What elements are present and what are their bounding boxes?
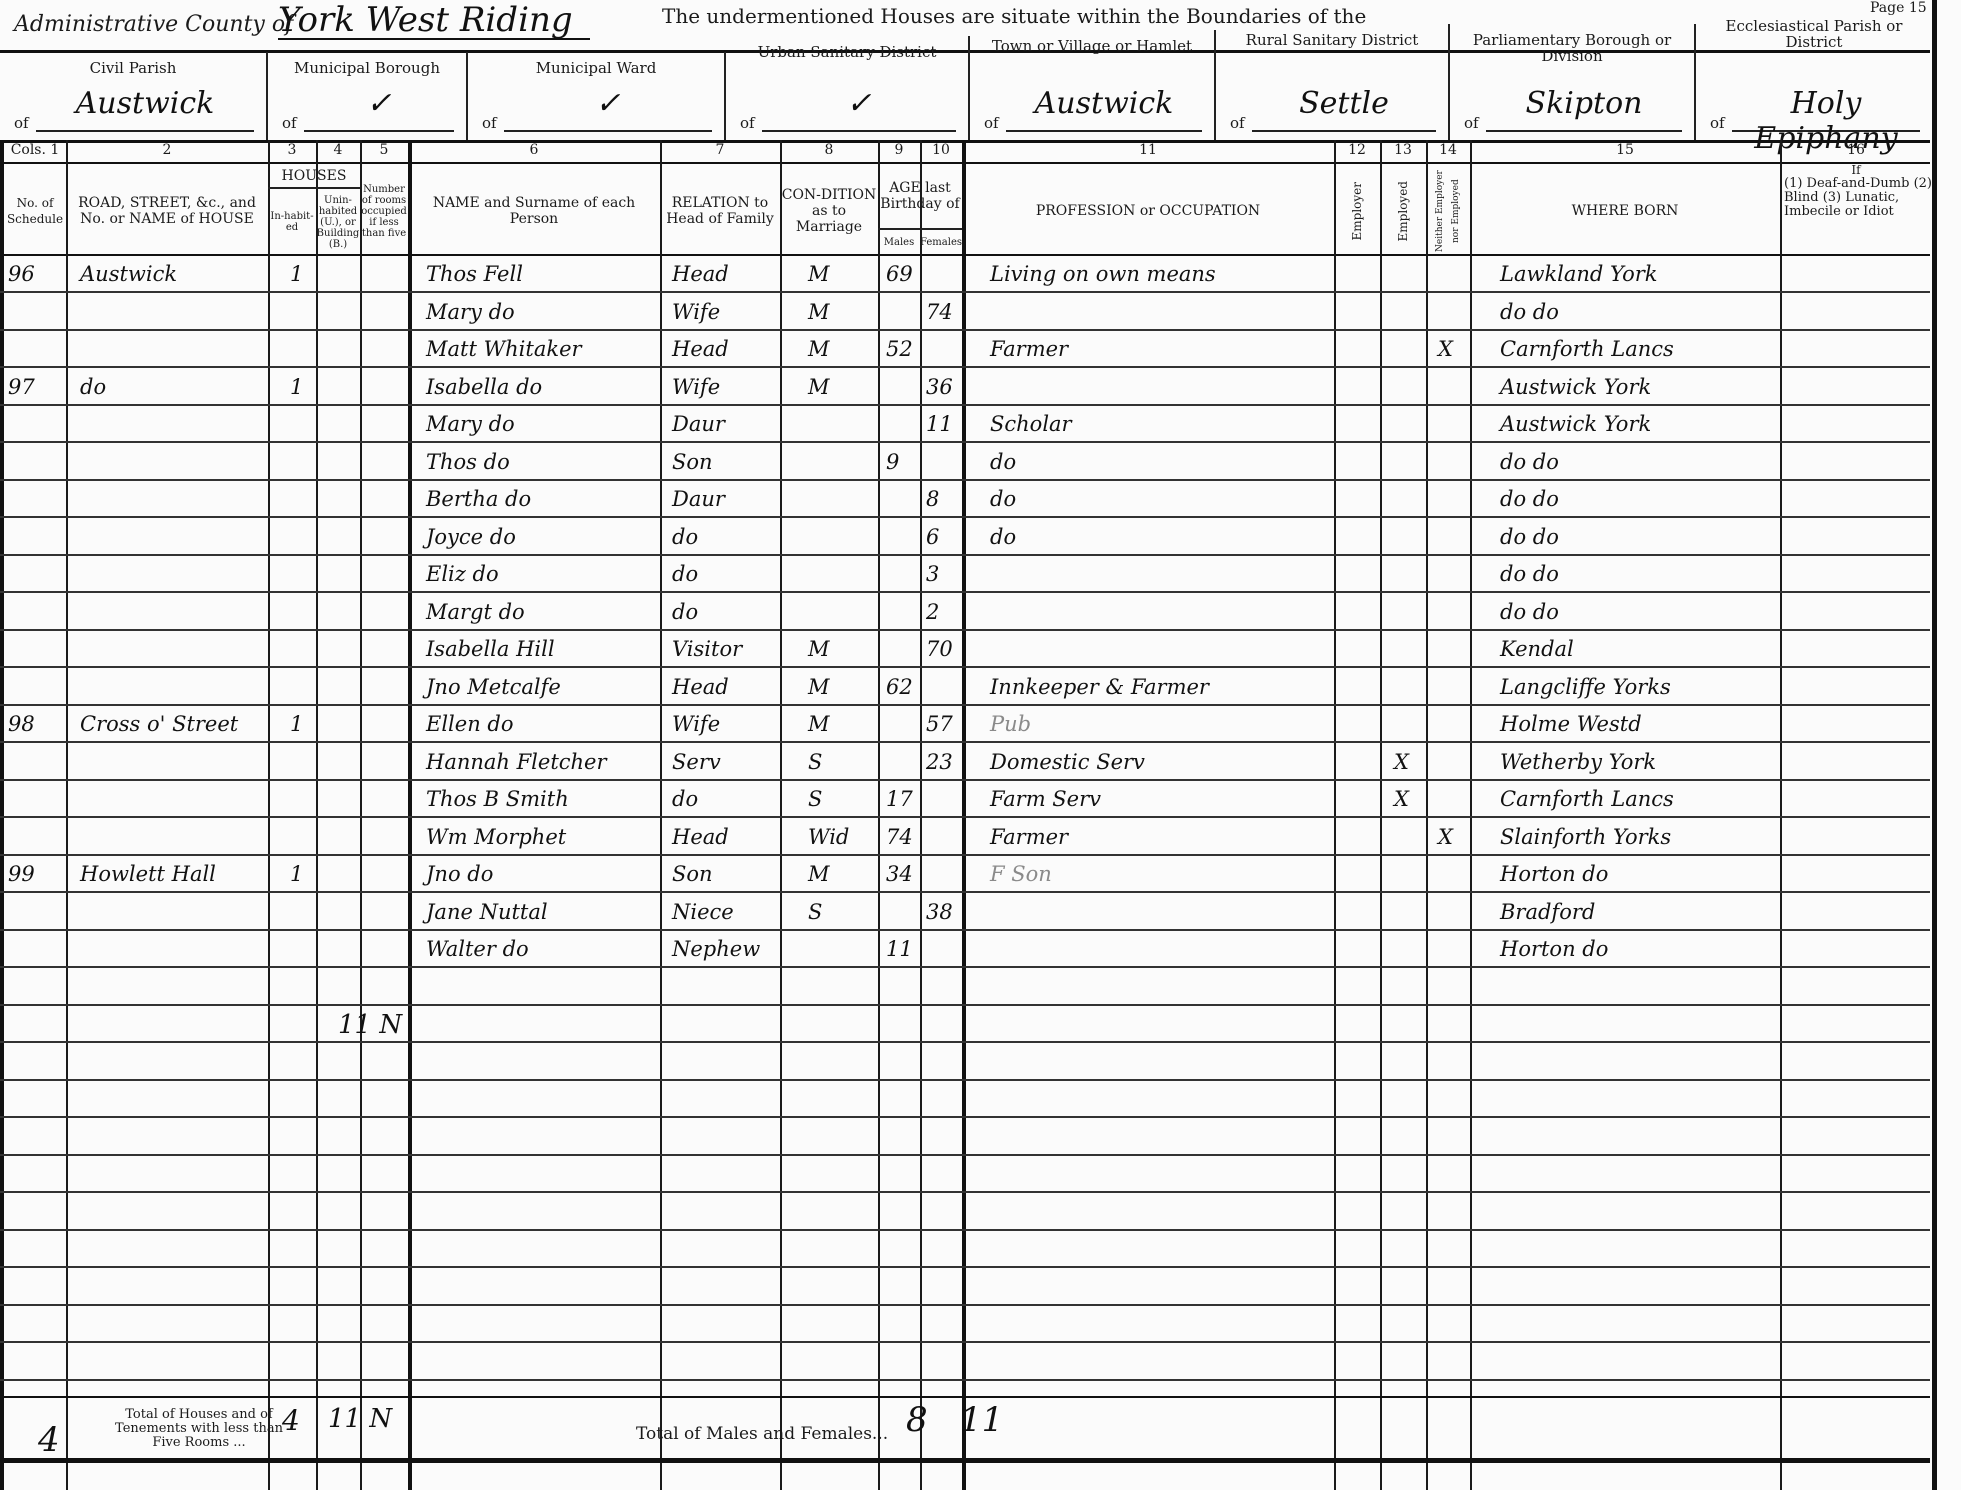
birthplace: do do	[1500, 519, 1559, 556]
houses-total-label: Total of Houses and of Tenements with le…	[110, 1408, 288, 1450]
marital-condition: M	[808, 331, 830, 368]
person-name: Jno Metcalfe	[426, 669, 561, 706]
boundary-municipal-borough: Municipal Borough of ✓	[268, 52, 468, 140]
occupation: F Son	[990, 856, 1052, 893]
relation: Wife	[672, 369, 720, 406]
table-row: Hannah FletcherServS23Domestic ServXWeth…	[0, 744, 1930, 781]
relation: do	[672, 556, 698, 593]
female-age: 70	[926, 631, 953, 668]
birthplace: Slainforth Yorks	[1500, 819, 1671, 856]
table-row	[0, 1156, 1930, 1193]
of-label: of	[1710, 114, 1725, 132]
boundary-value: ✓	[762, 86, 956, 132]
table-row: 97do1Isabella doWifeM36Austwick York	[0, 369, 1930, 406]
marital-condition: M	[808, 631, 830, 668]
birthplace: Horton do	[1500, 931, 1608, 968]
col-number: 12	[1334, 142, 1380, 162]
of-label: of	[14, 114, 29, 132]
header-condition: CON-DITION as to Marriage	[780, 165, 878, 257]
col-number: 2	[66, 142, 268, 162]
boundary-value: ✓	[504, 86, 712, 132]
relation: do	[672, 519, 698, 556]
neither-mark: X	[1438, 331, 1453, 368]
relation: Visitor	[672, 631, 742, 668]
boundary-ecclesiastical: Ecclesiastical Parish or District of Hol…	[1696, 10, 1932, 140]
birthplace: Holme Westd	[1500, 706, 1642, 743]
relation: do	[672, 781, 698, 818]
person-name: Eliz do	[426, 556, 499, 593]
header-inhabited: In-habit-ed	[268, 190, 316, 254]
col-number: 4	[316, 142, 360, 162]
boundary-rural-sanitary: Rural Sanitary District of Settle	[1216, 24, 1450, 140]
birthplace: Langcliffe Yorks	[1500, 669, 1671, 706]
inhabited-mark: 1	[290, 706, 303, 743]
inhabited-mark: 1	[290, 256, 303, 293]
relation: Nephew	[672, 931, 760, 968]
marital-condition: M	[808, 294, 830, 331]
road-name: Austwick	[80, 256, 177, 293]
schedule-number: 98	[8, 706, 35, 743]
person-name: Hannah Fletcher	[426, 744, 607, 781]
relation: Daur	[672, 406, 725, 443]
female-age: 23	[926, 744, 953, 781]
boundary-label: Municipal Ward	[468, 60, 724, 76]
relation: Niece	[672, 894, 734, 931]
person-name: Matt Whitaker	[426, 331, 582, 368]
birthplace: Kendal	[1500, 631, 1574, 668]
table-row	[0, 1044, 1930, 1081]
header-occupation: PROFESSION or OCCUPATION	[962, 165, 1334, 257]
header-age: AGE last Birthday of	[878, 165, 962, 227]
table-row: Margt dodo2do do	[0, 594, 1930, 631]
header-uninhabited: Unin-habited (U.), or Building (B.)	[316, 190, 360, 254]
birthplace: do do	[1500, 481, 1559, 518]
of-label: of	[984, 114, 999, 132]
occupation: Pub	[990, 706, 1031, 743]
male-age: 11	[886, 931, 913, 968]
col-number: 11	[962, 142, 1334, 162]
col-number: 10	[920, 142, 962, 162]
table-row	[0, 1006, 1930, 1043]
schedule-number: 96	[8, 256, 35, 293]
occupation: Living on own means	[990, 256, 1216, 293]
boundary-label: Parliamentary Borough or Division	[1450, 32, 1694, 64]
boundary-label: Civil Parish	[0, 60, 266, 76]
boundary-label: Urban Sanitary District	[726, 44, 968, 60]
boundary-parliamentary: Parliamentary Borough or Division of Ski…	[1450, 24, 1696, 140]
marital-condition: Wid	[808, 819, 849, 856]
of-label: of	[282, 114, 297, 132]
boundary-civil-parish: Civil Parish of Austwick	[0, 52, 268, 140]
person-name: Thos B Smith	[426, 781, 569, 818]
marital-condition: M	[808, 706, 830, 743]
boundary-value: Austwick	[1006, 86, 1202, 132]
of-label: of	[1230, 114, 1245, 132]
occupation: Innkeeper & Farmer	[990, 669, 1209, 706]
boundary-value: Holy Epiphany	[1732, 86, 1920, 132]
female-age: 3	[926, 556, 939, 593]
table-row	[0, 1194, 1930, 1231]
table-row: Bertha doDaur8dodo do	[0, 481, 1930, 518]
marital-condition: M	[808, 669, 830, 706]
table-row	[0, 969, 1930, 1006]
birthplace: Bradford	[1500, 894, 1595, 931]
col-number: 8	[780, 142, 878, 162]
table-row: Mary doWifeM74do do	[0, 294, 1930, 331]
table-row: Eliz dodo3do do	[0, 556, 1930, 593]
header-relation: RELATION to Head of Family	[660, 165, 780, 257]
col-number: 7	[660, 142, 780, 162]
col-number: 3	[268, 142, 316, 162]
table-row: Joyce dodo6dodo do	[0, 519, 1930, 556]
marital-condition: M	[808, 256, 830, 293]
census-header: Administrative County of York West Ridin…	[0, 0, 1961, 140]
road-name: Cross o' Street	[80, 706, 238, 743]
boundary-label: Ecclesiastical Parish or District	[1696, 18, 1932, 50]
marital-condition: M	[808, 369, 830, 406]
table-row: 96Austwick1Thos FellHeadM69Living on own…	[0, 256, 1930, 293]
header-employed: Employed	[1380, 165, 1426, 257]
person-name: Margt do	[426, 594, 525, 631]
person-name: Bertha do	[426, 481, 531, 518]
col-number: 6	[408, 142, 660, 162]
table-row: Isabella HillVisitorM70Kendal	[0, 631, 1930, 668]
inhabited-mark: 1	[290, 856, 303, 893]
boundary-value: Skipton	[1486, 86, 1682, 132]
occupation: do	[990, 481, 1016, 518]
relation: Son	[672, 856, 713, 893]
relation: Wife	[672, 706, 720, 743]
relation: Son	[672, 444, 713, 481]
marital-condition: S	[808, 744, 822, 781]
birthplace: Carnforth Lancs	[1500, 781, 1674, 818]
houses-inhabited-total: 4	[282, 1404, 300, 1437]
boundary-urban-sanitary: Urban Sanitary District of ✓	[726, 36, 970, 140]
neither-label: Neither Employer nor Employed	[1432, 165, 1464, 257]
occupation: do	[990, 444, 1016, 481]
relation: Head	[672, 256, 729, 293]
female-age: 8	[926, 481, 939, 518]
table-row: Thos B SmithdoS17Farm ServXCarnforth Lan…	[0, 781, 1930, 818]
employed-mark: X	[1394, 781, 1409, 818]
marital-condition: S	[808, 894, 822, 931]
col-number: 5	[360, 142, 408, 162]
boundary-value: Settle	[1252, 86, 1436, 132]
admin-county-label: Administrative County of	[14, 12, 293, 37]
birthplace: Austwick York	[1500, 369, 1651, 406]
relation: do	[672, 594, 698, 631]
relation: Daur	[672, 481, 725, 518]
males-total: 8	[906, 1400, 928, 1440]
table-row: Wm MorphetHeadWid74FarmerXSlainforth Yor…	[0, 819, 1930, 856]
boundary-label: Town or Village or Hamlet	[970, 38, 1214, 54]
male-age: 17	[886, 781, 913, 818]
boundary-value: Austwick	[36, 86, 254, 132]
birthplace: do do	[1500, 594, 1559, 631]
boundary-village: Town or Village or Hamlet of Austwick	[970, 30, 1216, 140]
right-border	[1932, 0, 1937, 1490]
boundary-municipal-ward: Municipal Ward of ✓	[468, 52, 726, 140]
schedule-number: 99	[8, 856, 35, 893]
occupation: Farmer	[990, 331, 1068, 368]
female-age: 6	[926, 519, 939, 556]
tally-marks: 11 N	[338, 1010, 402, 1040]
male-age: 69	[886, 256, 913, 293]
of-label: of	[482, 114, 497, 132]
person-name: Joyce do	[426, 519, 516, 556]
table-row	[0, 1231, 1930, 1268]
female-age: 36	[926, 369, 953, 406]
male-age: 34	[886, 856, 913, 893]
table-row: Jane NuttalNieceS38Bradford	[0, 894, 1930, 931]
birthplace: Lawkland York	[1500, 256, 1658, 293]
male-age: 62	[886, 669, 913, 706]
employer-label: Employer	[1349, 182, 1365, 241]
boundary-label: Rural Sanitary District	[1216, 32, 1448, 48]
relation: Wife	[672, 294, 720, 331]
table-row: Thos doSon9dodo do	[0, 444, 1930, 481]
females-total: 11	[960, 1400, 1003, 1440]
admin-county-value: York West Riding	[278, 0, 590, 40]
marital-condition: S	[808, 781, 822, 818]
male-age: 52	[886, 331, 913, 368]
person-name: Thos Fell	[426, 256, 523, 293]
male-age: 74	[886, 819, 913, 856]
col-number: 14	[1426, 142, 1470, 162]
col-number: 16	[1780, 142, 1932, 162]
birthplace: Austwick York	[1500, 406, 1651, 443]
employed-label: Employed	[1395, 181, 1411, 241]
birthplace: Wetherby York	[1500, 744, 1656, 781]
header-houses: HOUSES	[268, 165, 360, 189]
table-row: Matt WhitakerHeadM52FarmerXCarnforth Lan…	[0, 331, 1930, 368]
table-row: 99Howlett Hall1Jno doSonM34F SonHorton d…	[0, 856, 1930, 893]
birthplace: do do	[1500, 556, 1559, 593]
header-females: Females	[920, 228, 962, 254]
header-employer: Employer	[1334, 165, 1380, 257]
relation: Head	[672, 669, 729, 706]
occupation: Scholar	[990, 406, 1072, 443]
occupation: Domestic Serv	[990, 744, 1145, 781]
neither-mark: X	[1438, 819, 1453, 856]
header-infirmity: (1) Deaf-and-Dumb (2) Blind (3) Lunatic,…	[1784, 178, 1932, 218]
person-name: Mary do	[426, 406, 515, 443]
person-name: Thos do	[426, 444, 510, 481]
header-schedule: No. of Schedule	[4, 165, 66, 257]
marital-condition: M	[808, 856, 830, 893]
relation: Head	[672, 819, 729, 856]
table-row	[0, 1119, 1930, 1156]
census-page: Administrative County of York West Ridin…	[0, 0, 1961, 1490]
footer-bottom-rule	[0, 1458, 1930, 1463]
person-name: Walter do	[426, 931, 529, 968]
person-name: Isabella Hill	[426, 631, 555, 668]
occupation: Farmer	[990, 819, 1068, 856]
footer-top-rule	[0, 1396, 1930, 1398]
col-number: Cols. 1	[4, 142, 66, 162]
census-footer: 4 Total of Houses and of Tenements with …	[0, 1380, 1930, 1490]
female-age: 2	[926, 594, 939, 631]
occupation: Farm Serv	[990, 781, 1101, 818]
relation: Serv	[672, 744, 721, 781]
female-age: 11	[926, 406, 953, 443]
relation: Head	[672, 331, 729, 368]
person-name: Mary do	[426, 294, 515, 331]
female-age: 57	[926, 706, 953, 743]
table-row: Walter doNephew11Horton do	[0, 931, 1930, 968]
col-number: 9	[878, 142, 920, 162]
road-name: do	[80, 369, 106, 406]
table-row: 98Cross o' Street1Ellen doWifeM57PubHolm…	[0, 706, 1930, 743]
male-age: 9	[886, 444, 899, 481]
table-row	[0, 1344, 1930, 1381]
schedule-number: 97	[8, 369, 35, 406]
persons-total-label: Total of Males and Females...	[636, 1424, 888, 1444]
female-age: 74	[926, 294, 953, 331]
houses-other-total: 11 N	[328, 1404, 392, 1434]
person-name: Ellen do	[426, 706, 513, 743]
boundary-label: Municipal Borough	[268, 60, 466, 76]
employed-mark: X	[1394, 744, 1409, 781]
table-row	[0, 1269, 1930, 1306]
header-neither: Neither Employer nor Employed	[1426, 165, 1470, 257]
of-label: of	[740, 114, 755, 132]
inhabited-mark: 1	[290, 369, 303, 406]
schedule-total: 4	[38, 1420, 60, 1460]
person-name: Jno do	[426, 856, 493, 893]
table-row	[0, 1306, 1930, 1343]
of-label: of	[1464, 114, 1479, 132]
header-males: Males	[878, 228, 920, 254]
person-name: Jane Nuttal	[426, 894, 548, 931]
header-where-born: WHERE BORN	[1470, 165, 1780, 257]
birthplace: do do	[1500, 444, 1559, 481]
header-name: NAME and Surname of each Person	[408, 165, 660, 257]
female-age: 38	[926, 894, 953, 931]
header-rooms: Number of rooms occupied if less than fi…	[360, 165, 408, 257]
birthplace: do do	[1500, 294, 1559, 331]
person-name: Wm Morphet	[426, 819, 566, 856]
occupation: do	[990, 519, 1016, 556]
table-row: Mary doDaur11ScholarAustwick York	[0, 406, 1930, 443]
road-name: Howlett Hall	[80, 856, 216, 893]
col-number: 15	[1470, 142, 1780, 162]
person-name: Isabella do	[426, 369, 542, 406]
table-row	[0, 1081, 1930, 1118]
birthplace: Horton do	[1500, 856, 1608, 893]
boundary-value: ✓	[304, 86, 454, 132]
header-road: ROAD, STREET, &c., and No. or NAME of HO…	[66, 165, 268, 257]
birthplace: Carnforth Lancs	[1500, 331, 1674, 368]
col-number: 13	[1380, 142, 1426, 162]
table-row: Jno MetcalfeHeadM62Innkeeper & FarmerLan…	[0, 669, 1930, 706]
